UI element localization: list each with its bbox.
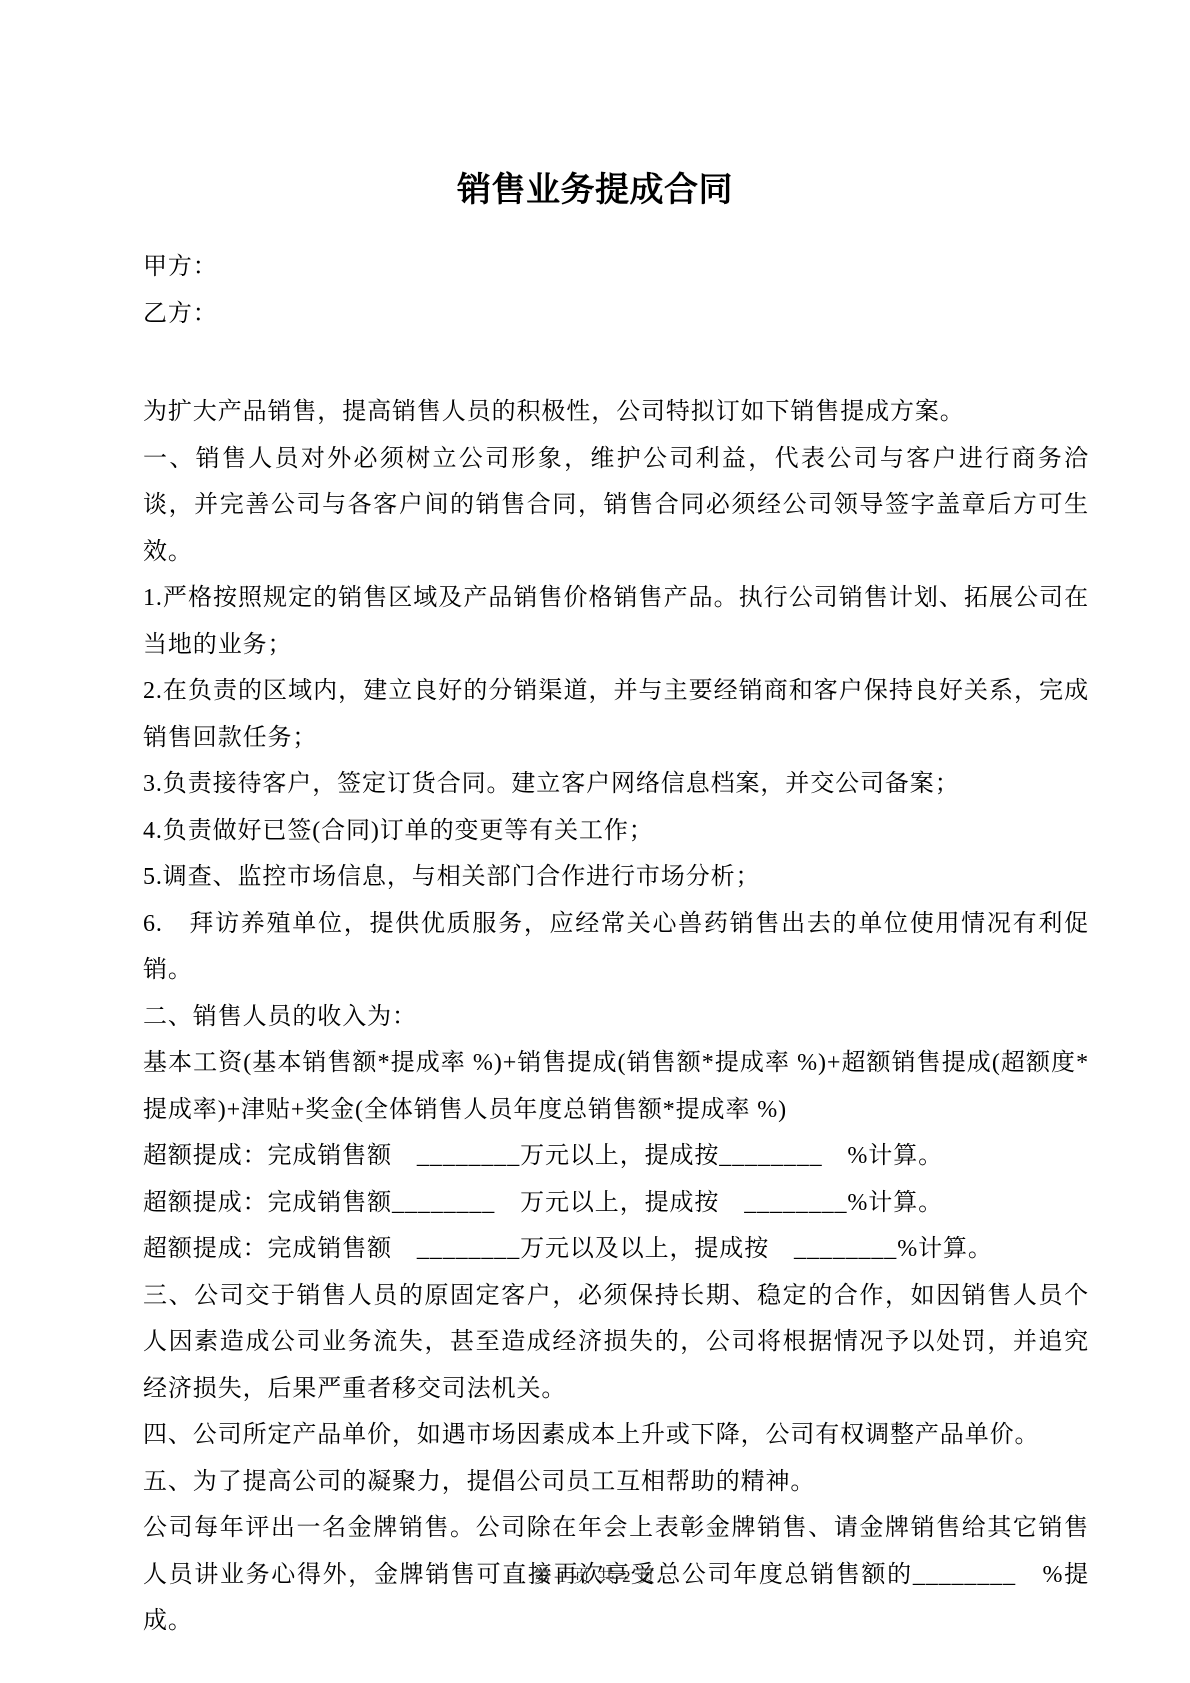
parties-section: 甲方： 乙方：: [143, 244, 1113, 338]
paragraph-intro: 为扩大产品销售，提高销售人员的积极性，公司特拟订如下销售提成方案。: [143, 389, 1089, 436]
paragraph-clause-3: 三、公司交于销售人员的原固定客户，必须保持长期、稳定的合作，如因销售人员个人因素…: [143, 1273, 1089, 1413]
paragraph-excess-line-1: 超额提成：完成销售额 ________万元以上，提成按________ %计算。: [143, 1133, 1089, 1180]
paragraph-item-6: 6. 拜访养殖单位，提供优质服务，应经常关心兽药销售出去的单位使用情况有利促销。: [143, 901, 1089, 994]
paragraph-item-4: 4.负责做好已签(合同)订单的变更等有关工作；: [143, 808, 1089, 855]
paragraph-excess-line-3: 超额提成：完成销售额 ________万元以及以上，提成按 ________%计…: [143, 1226, 1089, 1273]
party-b-label: 乙方：: [143, 291, 1113, 338]
contract-body: 为扩大产品销售，提高销售人员的积极性，公司特拟订如下销售提成方案。 一、销售人员…: [143, 389, 1089, 1645]
document-title: 销售业务提成合同: [0, 171, 1190, 211]
paragraph-clause-4: 四、公司所定产品单价，如遇市场因素成本上升或下降，公司有权调整产品单价。: [143, 1412, 1089, 1459]
contract-page: 销售业务提成合同 甲方： 乙方： 为扩大产品销售，提高销售人员的积极性，公司特拟…: [0, 0, 1190, 1683]
paragraph-item-1: 1.严格按照规定的销售区域及产品销售价格销售产品。执行公司销售计划、拓展公司在当…: [143, 575, 1089, 668]
paragraph-item-2: 2.在负责的区域内，建立良好的分销渠道，并与主要经销商和客户保持良好关系，完成销…: [143, 668, 1089, 761]
party-a-label: 甲方：: [143, 244, 1113, 291]
paragraph-item-3: 3.负责接待客户，签定订货合同。建立客户网络信息档案，并交公司备案；: [143, 761, 1089, 808]
page-number-footer: 第 1 页 共 2 页: [0, 1562, 1190, 1587]
paragraph-item-5: 5.调查、监控市场信息，与相关部门合作进行市场分析；: [143, 854, 1089, 901]
paragraph-clause-2: 二、销售人员的收入为：: [143, 994, 1089, 1041]
paragraph-clause-5: 五、为了提高公司的凝聚力，提倡公司员工互相帮助的精神。: [143, 1459, 1089, 1506]
paragraph-income-formula: 基本工资(基本销售额*提成率 %)+销售提成(销售额*提成率 %)+超额销售提成…: [143, 1040, 1089, 1133]
paragraph-excess-line-2: 超额提成：完成销售额________ 万元以上，提成按 ________%计算。: [143, 1180, 1089, 1227]
paragraph-clause-1: 一、销售人员对外必须树立公司形象，维护公司利益，代表公司与客户进行商务洽谈，并完…: [143, 436, 1089, 576]
